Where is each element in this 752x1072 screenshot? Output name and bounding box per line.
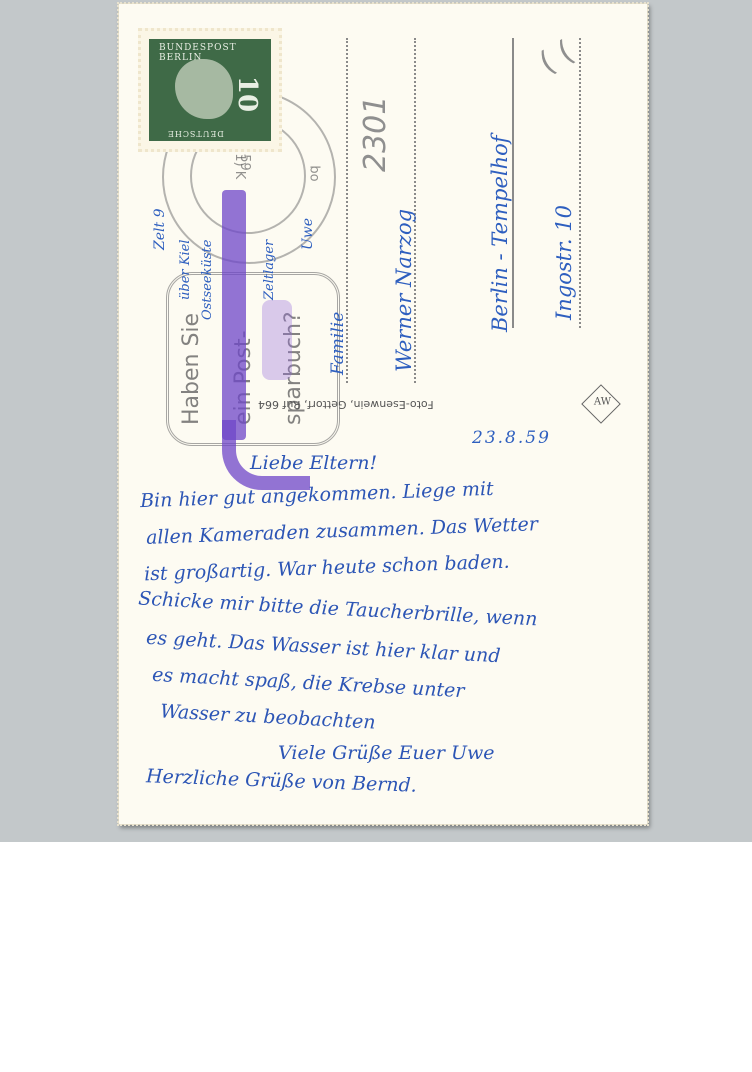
purple-crayon-mark: [222, 190, 246, 440]
sender-line: Zeltlager: [262, 240, 277, 300]
recipient-line: Familie: [328, 312, 348, 375]
purple-ink-smudge: [262, 300, 292, 380]
publisher-imprint: Foto-Esenwein, Gettorf, Ruf 664: [258, 398, 434, 411]
message-closing: Viele Grüße Euer Uwe: [278, 742, 495, 764]
stamp-value: 10: [232, 76, 262, 112]
address-line: [512, 38, 514, 328]
message-greeting: Liebe Eltern!: [250, 452, 377, 474]
publisher-logo-text: AW: [594, 396, 611, 407]
stamp-upper-text: BUNDESPOST BERLIN: [159, 43, 271, 63]
letter-date: 23.8.59: [472, 428, 551, 448]
recipient-line: Werner Narzog: [392, 209, 416, 372]
portrait-icon: [175, 59, 233, 119]
postmark-year: 59: [237, 154, 252, 171]
savings-stamp-line: Haben Sie: [179, 313, 204, 425]
sender-line: Zelt 9: [152, 209, 168, 250]
postmark-code: bo: [307, 165, 322, 181]
sender-line: Uwe: [300, 218, 316, 250]
sender-line: über Kiel: [178, 240, 193, 300]
postage-stamp: BUNDESPOST BERLIN 10 DEUTSCHE: [138, 28, 282, 152]
stamp-lower-text: DEUTSCHE: [167, 129, 224, 138]
sender-line: Ostseeküste: [200, 240, 215, 320]
pencil-note: 2301: [358, 96, 393, 172]
recipient-line: Berlin - Tempelhof: [488, 135, 512, 332]
address-line: [579, 38, 581, 328]
recipient-line: Ingostr. 10: [552, 205, 576, 320]
